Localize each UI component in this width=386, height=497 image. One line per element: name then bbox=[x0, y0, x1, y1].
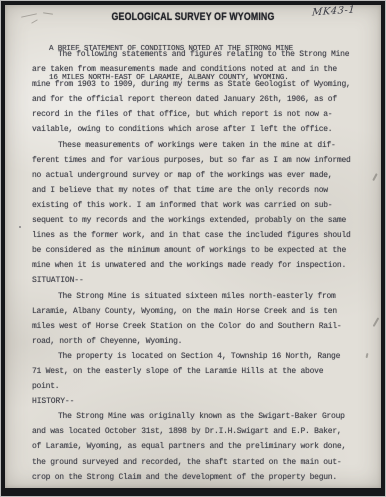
document-line: mine when it is unwatered and the workin… bbox=[32, 258, 361, 273]
document-line: of Laramie, Wyoming, as equal partners a… bbox=[32, 439, 361, 454]
document-line: Laramie, Albany County, Wyoming, on the … bbox=[32, 304, 361, 319]
document-line: and I believe that my notes of that time… bbox=[32, 183, 361, 198]
scan-artifact bbox=[372, 317, 378, 326]
document-line: point. bbox=[32, 379, 361, 394]
document-line: These measurements of workings were take… bbox=[32, 138, 361, 153]
document-line: record in the files of that office, but … bbox=[32, 107, 361, 122]
document-line: crop on the Strong Claim and the develop… bbox=[32, 470, 361, 485]
section-heading-history: HISTORY-- bbox=[32, 394, 361, 409]
ink-speck bbox=[19, 226, 21, 228]
scan-artifact bbox=[365, 353, 368, 358]
document-line: mine from 1903 to 1909, during my terms … bbox=[32, 77, 361, 92]
pencil-mark bbox=[31, 19, 38, 23]
document-line: The property is located on Section 4, To… bbox=[32, 349, 361, 364]
document-line: and was located October 31st, 1898 by Dr… bbox=[32, 424, 361, 439]
document-line: ferent times and for various purposes, b… bbox=[32, 153, 361, 168]
document-line: The Strong Mine is situated sixteen mile… bbox=[32, 289, 361, 304]
document-line: road, north of Cheyenne, Wyoming. bbox=[32, 334, 361, 349]
document-line: existing of this work. I am informed tha… bbox=[32, 198, 361, 213]
document-line: the ground surveyed and recorded, the sh… bbox=[32, 455, 361, 470]
document-line: vailable, owing to conditions which aros… bbox=[32, 122, 361, 137]
document-line: be considered as the minimum amount of w… bbox=[32, 243, 361, 258]
document-line: no actual underground survey or map of t… bbox=[32, 168, 361, 183]
document-line: 71 West, on the easterly slope of the La… bbox=[32, 364, 361, 379]
agency-stamp-title: GEOLOGICAL SURVEY OF WYOMING bbox=[43, 11, 344, 23]
document-line: are taken from measurements made and con… bbox=[32, 62, 361, 77]
scanned-photo-frame: MK43-1 GEOLOGICAL SURVEY OF WYOMING A BR… bbox=[0, 0, 386, 497]
document-line: sequent to my records and the workings e… bbox=[32, 213, 361, 228]
section-heading-situation: SITUATION-- bbox=[32, 273, 361, 288]
document-page: MK43-1 GEOLOGICAL SURVEY OF WYOMING A BR… bbox=[5, 5, 381, 488]
document-line: and for the official report thereon date… bbox=[32, 92, 361, 107]
pencil-mark bbox=[21, 13, 37, 17]
document-line: lines as the former work, and in that ca… bbox=[32, 228, 361, 243]
document-line: The following statements and figures rel… bbox=[32, 47, 361, 62]
document-body: The following statements and figures rel… bbox=[32, 47, 361, 485]
document-line: miles west of Horse Creek Station on the… bbox=[32, 319, 361, 334]
document-line: The Strong Mine was originally known as … bbox=[32, 409, 361, 424]
scan-artifact bbox=[372, 173, 377, 181]
